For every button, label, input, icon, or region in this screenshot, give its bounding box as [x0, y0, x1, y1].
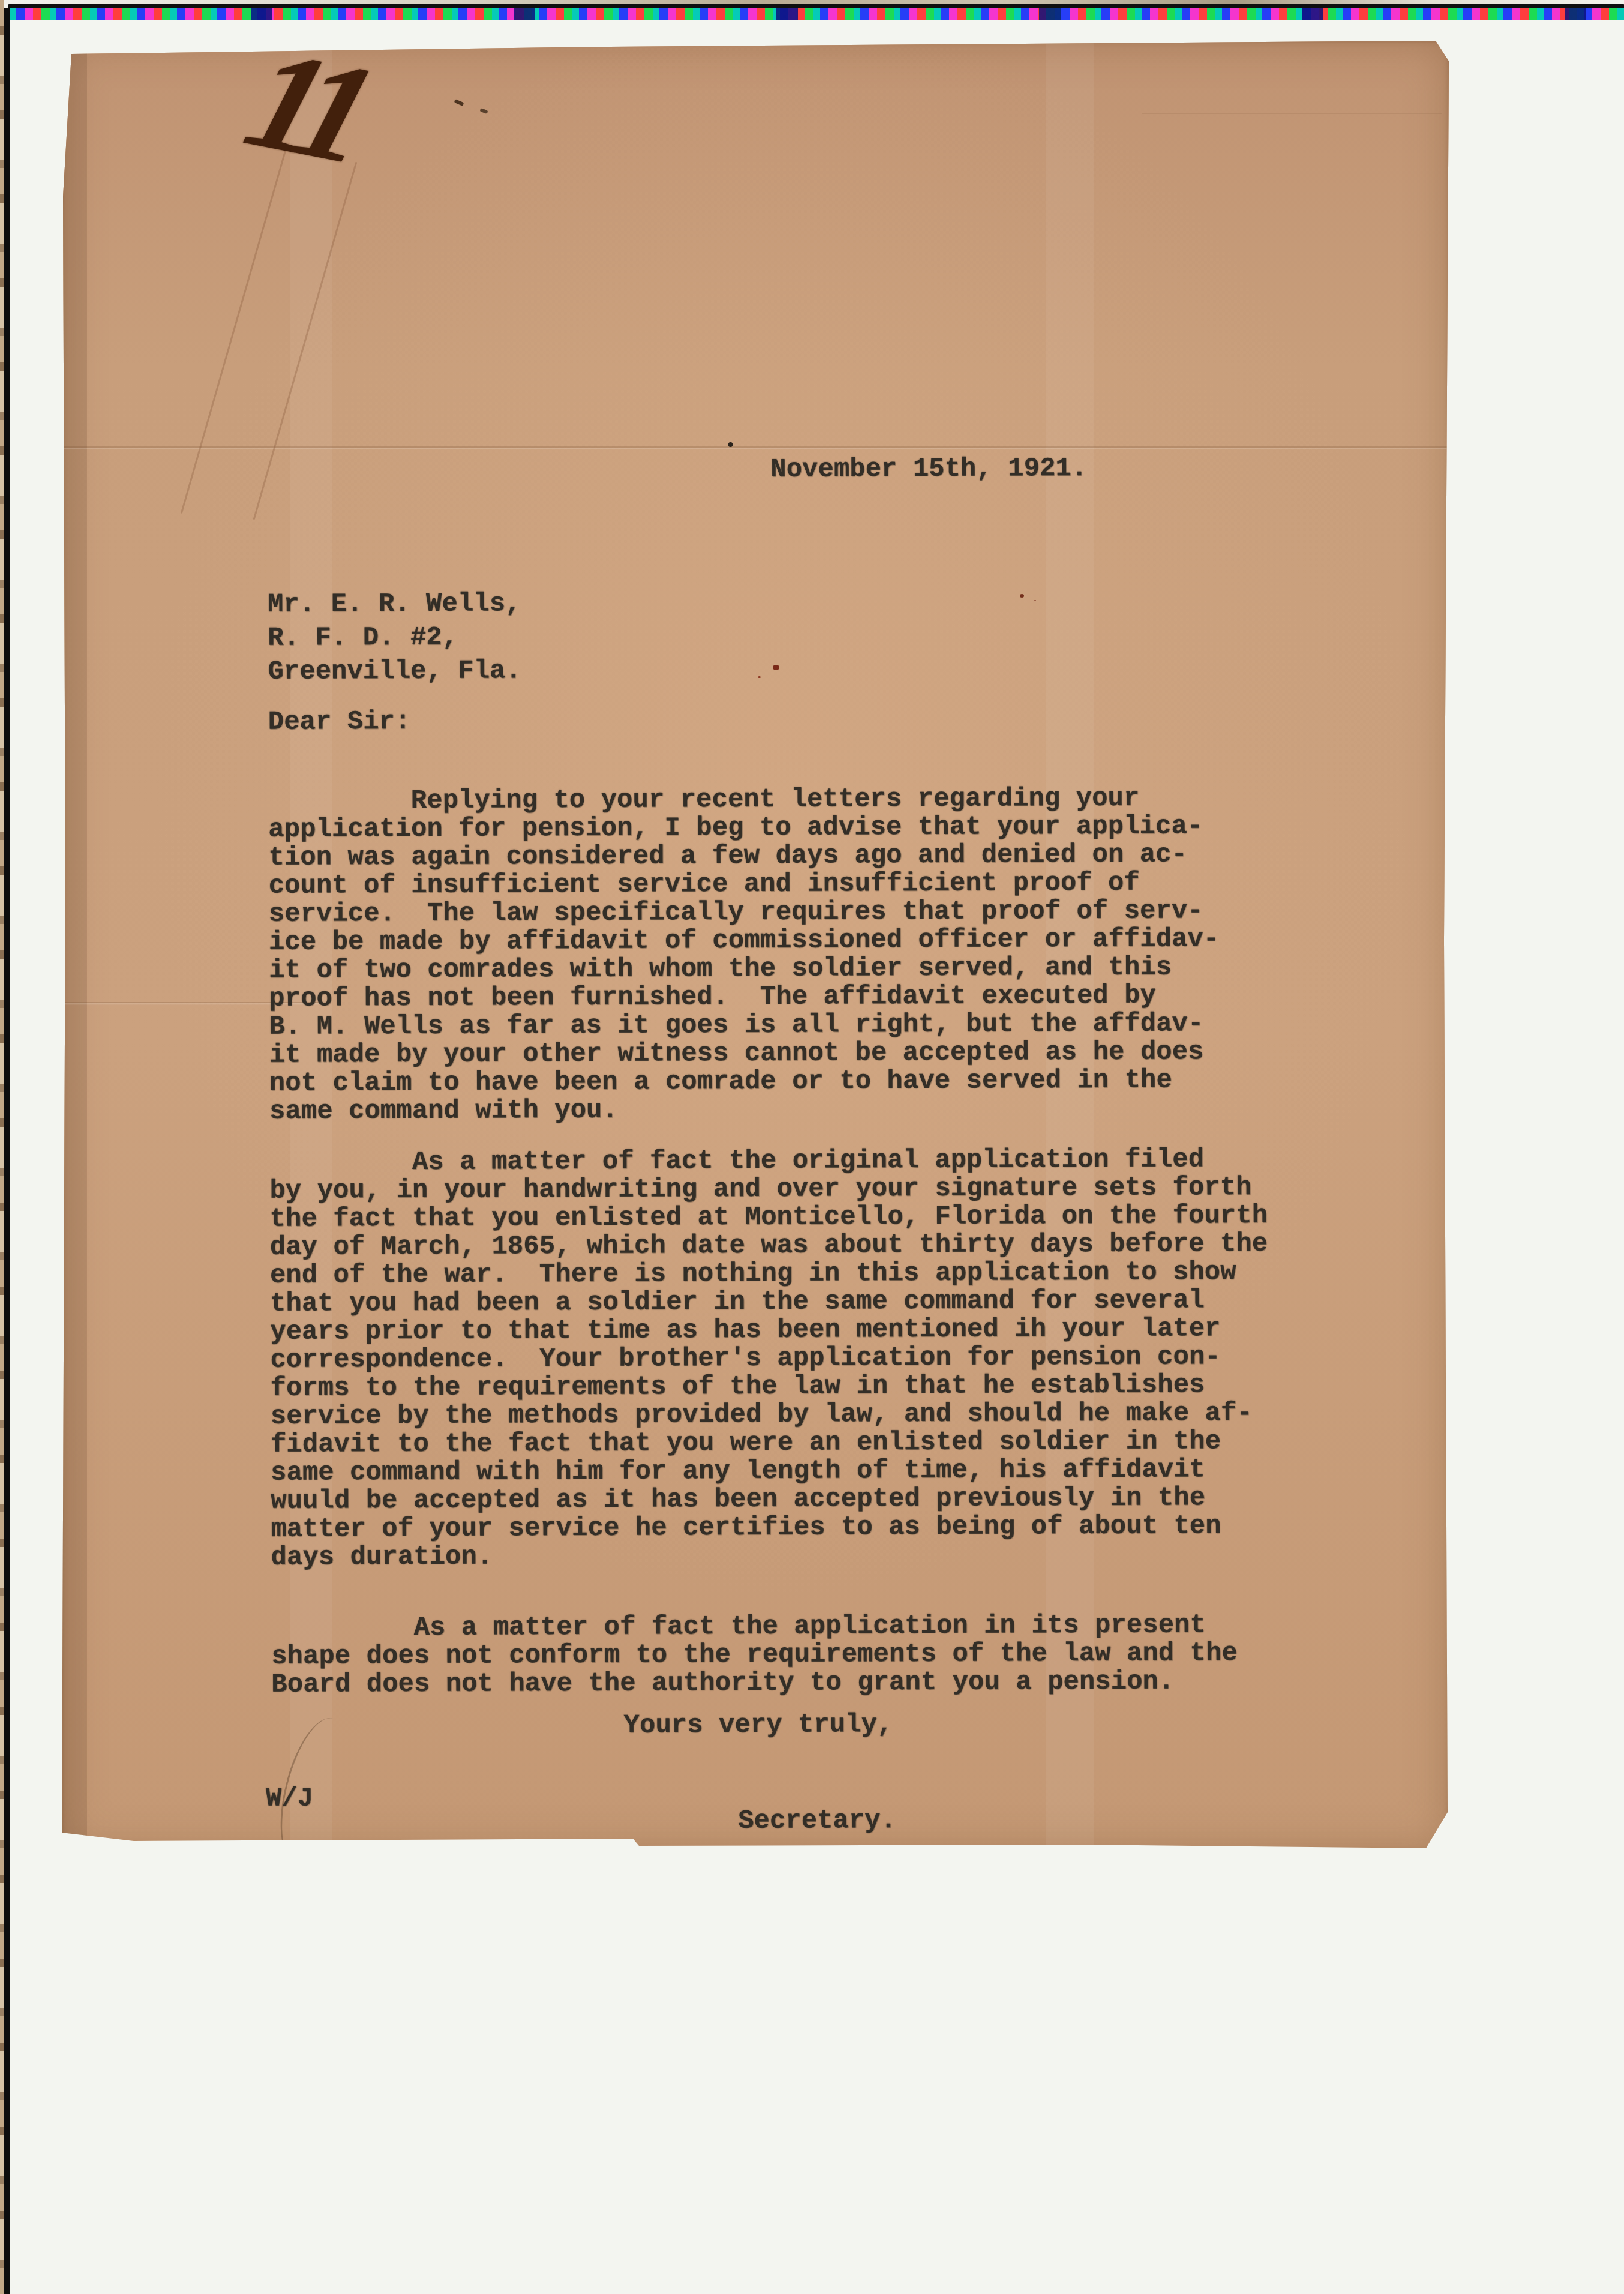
body-paragraph-1: Replying to your recent letters regardin… — [268, 784, 1220, 1126]
letter-content: November 15th, 1921. Mr. E. R. Wells, R.… — [59, 38, 1452, 1854]
recipient-city: Greenville, Fla. — [268, 657, 521, 686]
recipient-route: R. F. D. #2, — [268, 624, 458, 653]
scanner-calibration-strip — [10, 8, 1624, 20]
body-paragraph-3: As a matter of fact the application in i… — [271, 1611, 1238, 1699]
letter-date: November 15th, 1921. — [770, 455, 1087, 484]
signer-title: Secretary. — [738, 1807, 896, 1836]
typist-initials: W/J — [266, 1785, 313, 1813]
recipient-name: Mr. E. R. Wells, — [268, 590, 521, 619]
scan-left-edge-texture — [0, 0, 4, 2294]
scanned-letter-page: 11 November 15th, 1921. Mr. E. R. Wells,… — [0, 0, 1624, 2294]
scan-left-border-line — [4, 8, 10, 2294]
body-paragraph-2: As a matter of fact the original applica… — [269, 1145, 1269, 1572]
salutation: Dear Sir: — [268, 708, 411, 737]
letter-paper: 11 November 15th, 1921. Mr. E. R. Wells,… — [62, 41, 1449, 1852]
closing-line: Yours very truly, — [623, 1711, 893, 1740]
